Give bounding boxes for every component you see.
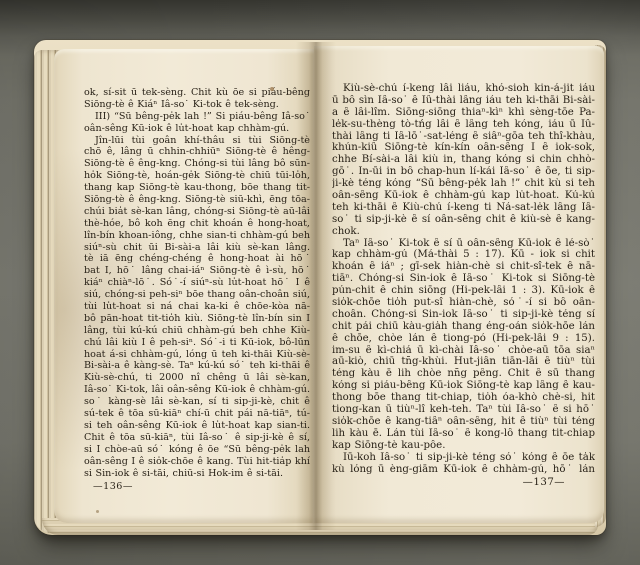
text-line: kóng si piáu-bêng Kū-iok Siōng-tè kap lâ… — [332, 380, 595, 392]
text-line: Siōng-tè ê êng-kng. Chóng-si tùi lâng bô… — [84, 158, 310, 170]
text-line: kap chhàm-gú (Má-thài 5 : 17). Kū - iok … — [332, 249, 595, 261]
text-line: ji-kè téng kóng “Sū bêng-pe̍k lah !” chi… — [332, 178, 595, 190]
text-line: chúi bia̍t sè-kan lâng, chóng-si Siōng-t… — [84, 206, 310, 218]
text-line: chhe Bí-sài-a lâi kiù in, thang kóng si … — [332, 154, 595, 166]
text-line: bô pān-hoat tit-tio̍h kiù. Siōng-tè lîn-… — [84, 313, 310, 325]
text-line: sio̍k-chōe tio̍h put-sî hiàn-chè, só˙-í … — [332, 297, 595, 309]
text-lines-right: Kiù-sè-chú í-keng lâi liáu, khó-sioh kin… — [332, 83, 595, 475]
text-line: tiāⁿ. Chóng-si Sin-iok ê Iâ-so˙ Ki-tok s… — [332, 273, 595, 285]
text-line: III) “Sū bêng-pe̍k lah !” Si piáu-bêng I… — [84, 111, 310, 123]
text-line: lih kàu ē. Lán tùi Iâ-so˙ ê kong-lô than… — [332, 428, 595, 440]
text-line: Siōng-tè ê êng-kng. Siōng-tè siū-khì, ēn… — [84, 194, 310, 206]
text-line: siúⁿ-sù chit ūi Bi-sài-a lâi kiù sè-kan … — [84, 242, 310, 254]
text-line: kiáⁿ chiàⁿ-lō˙. Só˙-í siúⁿ-sù lu̍t-hoat … — [84, 277, 310, 289]
text-line: tè iā ēng chéng-chéng ê hong-hoat ài hō˙… — [84, 253, 310, 265]
text-line: teh ki-thāi ê Kiù-chú í-keng ti Ná-sat-l… — [332, 202, 595, 214]
text-line: thài lâng ti Iâ-lō˙-sat-léng ê siâⁿ-gōa … — [332, 131, 595, 143]
text-line: kù lóng ū èng-giām Kū-iok ê chhàm-gú, hō… — [332, 464, 595, 476]
text-line: chok. — [332, 226, 595, 238]
text-line: kap Siōng-tè kau-pôe. — [332, 440, 595, 452]
text-line: choân. Chóng-si Sin-iok Iâ-so˙ ti sip-ji… — [332, 309, 595, 321]
text-line: oân-sêng Kū-iok ê lu̍t-hoat kap chhàm-gú… — [84, 123, 310, 135]
paper-speck — [96, 510, 99, 513]
text-line: thong bōe thang tit-chiap, tio̍h óa-khò … — [332, 392, 595, 404]
text-line: khún-kiû Siōng-tè kín-kín oân-sêng I ê i… — [332, 142, 595, 154]
text-line: Bi-sài-a ê kàng-sè. Taⁿ kú-kú só˙ teh ki… — [84, 360, 310, 372]
text-line: oân-sêng Kū-iok ê chhàm-gú kap lu̍t-hoat… — [332, 190, 595, 202]
open-book: ok, sí-sit ū tek-sèng. Chit kù ōe si piá… — [34, 40, 606, 535]
text-line: Taⁿ Iâ-so˙ Ki-tok ê sí ū oân-sêng Kū-iok… — [332, 238, 595, 250]
text-line: chit pái chiū kàu-gia̍h thang éng-oán si… — [332, 321, 595, 333]
text-line: bat I, hō˙ lâng chai-iáⁿ Siōng-tè ê ì-sù… — [84, 265, 310, 277]
text-line: Siōng-tè ê Kiáⁿ Iâ-so˙ Ki-tok ê tek-sèng… — [84, 99, 310, 111]
text-line: thè-hóe, bô koh ēng chit khoán ê hong-ho… — [84, 218, 310, 230]
text-line: téng kàu ē lih chòe nn̄g pêng. Chit ê sū… — [332, 368, 595, 380]
page-number-left: —136— — [84, 481, 310, 493]
text-line: gō˙. In-ūi in bô chap-hun lí-kái Iâ-so˙ … — [332, 166, 595, 178]
text-line: si I chòe-aū só˙ kóng ê ōe “Sū bêng-pe̍k… — [84, 444, 310, 456]
text-line: im-su ê kì-chiá ū kì-chài Iâ-so˙ chòe-aū… — [332, 345, 595, 357]
page-text-right: Kiù-sè-chú í-keng lâi liáu, khó-sioh kin… — [332, 83, 595, 489]
text-line: ū bô sìn Iâ-so˙ ê Iû-thài lâng iáu teh k… — [332, 95, 595, 107]
text-line: tùi lu̍t-hoat si ná chai ka-ki ê chōe-kò… — [84, 301, 310, 313]
paper-speck — [270, 87, 274, 91]
text-line: ho̍k Siōng-tè, hoán-ge̍k Siōng-tè chiū t… — [84, 170, 310, 182]
text-line: thang kap Siōng-tè kau-thong, bōe thang … — [84, 182, 310, 194]
photo-background: ok, sí-sit ū tek-sèng. Chit kù ōe si piá… — [0, 0, 640, 565]
text-line: si Sin-iok ê si-tāi, chiū-si Hok-im ê si… — [84, 468, 310, 480]
text-line: aū-kiò, chiū tn̄g-khùi. Hut-jiân tiān-lā… — [332, 356, 595, 368]
text-line: Iâ-so˙ Ki-tok, lâi oân-sêng Kū-iok ê chh… — [84, 384, 310, 396]
text-line: Kiù-sè-chú í-keng lâi liáu, khó-sioh kin… — [332, 83, 595, 95]
text-line: lâng, tùi kú-kú chiū chhàm-gú beh chhe K… — [84, 325, 310, 337]
text-line: oân-sêng I ê sio̍k-chōe ê kang. Tùi hit-… — [84, 456, 310, 468]
text-line: tiong-kan ū tiùⁿ-lî keh-teh. Taⁿ tùi Iâ-… — [332, 404, 595, 416]
text-line: a ê lâi-lîm. Siōng-siōng thiaⁿ-kìⁿ khì s… — [332, 107, 595, 119]
text-line: pún-chit ê chin siōng (Hi-pek-lâi 1 : 3)… — [332, 285, 595, 297]
text-line: siú, chóng-si peh-siⁿ bōe thang oân-choâ… — [84, 289, 310, 301]
text-line: sio̍k-chōe ê kang-tiâⁿ oân-sêng, hit ê t… — [332, 416, 595, 428]
text-line: so˙ kàng-sè lâi sè-kan, sí ti sip-ji-kè,… — [84, 396, 310, 408]
text-line: ê chōe, chòe lán ê tiong-pó (Hi-pek-lâi … — [332, 333, 595, 345]
page-text-left: ok, sí-sit ū tek-sèng. Chit kù ōe si piá… — [84, 87, 310, 493]
text-lines-left: ok, sí-sit ū tek-sèng. Chit kù ōe si piá… — [84, 87, 310, 479]
text-line: khoán ê iáⁿ ; gī-sek hiàn-chè si chit-sî… — [332, 261, 595, 273]
text-line: si teh oân-sêng Kū-iok ê lu̍t-hoat kap s… — [84, 420, 310, 432]
text-line: chú lâi kiù I ê peh-siⁿ. Só˙-i ti Kū-iok… — [84, 337, 310, 349]
page-number-right: —137— — [332, 477, 595, 489]
text-line: Kiù-sè-chú, ti 2000 nî chêng ū lâi sè-ka… — [84, 372, 310, 384]
text-line: Iū-koh Iâ-so˙ ti sip-ji-kè téng só˙ kóng… — [332, 452, 595, 464]
text-line: so˙ ti sip-ji-kè ê sí oân-sêng chit ê ki… — [332, 214, 595, 226]
text-line: hoat á-si chhàm-gú, lóng ū teh ki-thāi K… — [84, 349, 310, 361]
text-line: sú-tek ê tōa sū-kiāⁿ chí-ū chit pái nā-t… — [84, 408, 310, 420]
text-line: chō ê, lâng ū chhin-chhiūⁿ Siōng-tè ê hê… — [84, 146, 310, 158]
text-line: lîn-bín khoan-iông, chhe sian-ti chhàm-g… — [84, 230, 310, 242]
text-line: ok, sí-sit ū tek-sèng. Chit kù ōe si piá… — [84, 87, 310, 99]
text-line: le̍k-su-thèng tò-tńg lâi ê lâng teh kóng… — [332, 119, 595, 131]
text-line: Chit ê tōa sū-kiāⁿ, tùi Iâ-so˙ ê sip-ji-… — [84, 432, 310, 444]
text-line: Jîn-lūi tùi goân khí-thâu si tùi Siōng-t… — [84, 135, 310, 147]
